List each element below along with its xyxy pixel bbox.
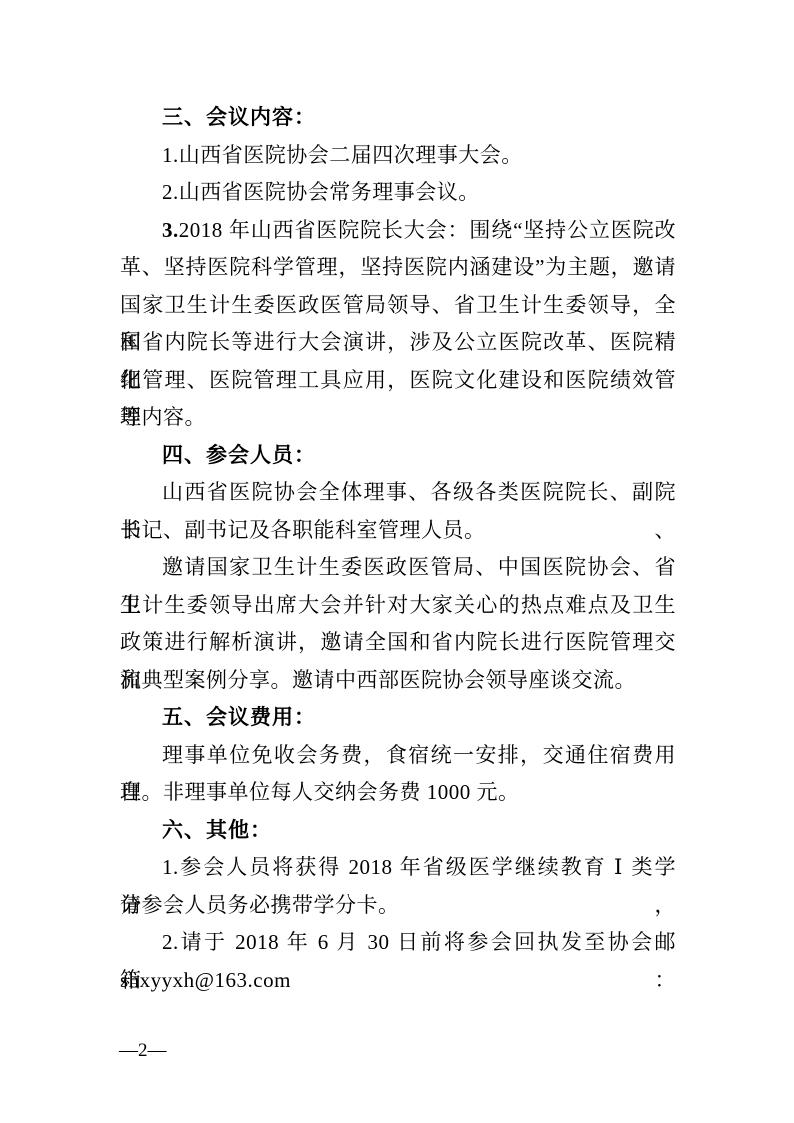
body-text-line: 2.山西省医院协会常务理事会议。 <box>120 174 676 212</box>
section-heading-line: 四、参会人员： <box>120 437 676 475</box>
body-text-line: 1.山西省医院协会二届四次理事大会。 <box>120 137 676 175</box>
body-text-line: 生计生委领导出席大会并针对大家关心的热点难点及卫生 <box>120 587 676 625</box>
document-page: 三、会议内容：1.山西省医院协会二届四次理事大会。2.山西省医院协会常务理事会议… <box>0 0 794 1123</box>
body-text-line: 等内容。 <box>120 399 676 437</box>
body-text-line: 国家卫生计生委医政医管局领导、省卫生计生委领导，全国 <box>120 287 676 325</box>
body-text-line: 理事单位免收会务费，食宿统一安排，交通住宿费用自 <box>120 737 676 775</box>
body-text-line: 3.2018 年山西省医院院长大会：围绕“坚持公立医院改 <box>120 212 676 250</box>
body-text-line: 邀请国家卫生计生委医政医管局、中国医院协会、省卫 <box>120 549 676 587</box>
body-text-line: 1.参会人员将获得 2018 年省级医学继续教育 Ⅰ 类学分， <box>120 849 676 887</box>
section-heading-line: 五、会议费用： <box>120 699 676 737</box>
body-text-line: 理。非理事单位每人交纳会务费 1000 元。 <box>120 774 676 812</box>
section-heading-line: 三、会议内容： <box>120 99 676 137</box>
section-heading-line: 六、其他： <box>120 812 676 850</box>
body-text-line: 2.请于 2018 年 6 月 30 日前将参会回执发至协会邮箱： <box>120 924 676 962</box>
bold-list-number: 3. <box>162 218 179 242</box>
body-text-line: 山西省医院协会全体理事、各级各类医院院长、副院长、 <box>120 474 676 512</box>
body-text-line: 化管理、医院管理工具应用，医院文化建设和医院绩效管理 <box>120 362 676 400</box>
body-text-line: 政策进行解析演讲，邀请全国和省内院长进行医院管理交流 <box>120 624 676 662</box>
body-text-line: 和省内院长等进行大会演讲，涉及公立医院改革、医院精细 <box>120 324 676 362</box>
text-block: 三、会议内容：1.山西省医院协会二届四次理事大会。2.山西省医院协会常务理事会议… <box>120 99 676 999</box>
body-text-line: 和典型案例分享。邀请中西部医院协会领导座谈交流。 <box>120 662 676 700</box>
page-number: —2— <box>119 1040 167 1062</box>
body-text-line: 革、坚持医院科学管理，坚持医院内涵建设”为主题，邀请 <box>120 249 676 287</box>
